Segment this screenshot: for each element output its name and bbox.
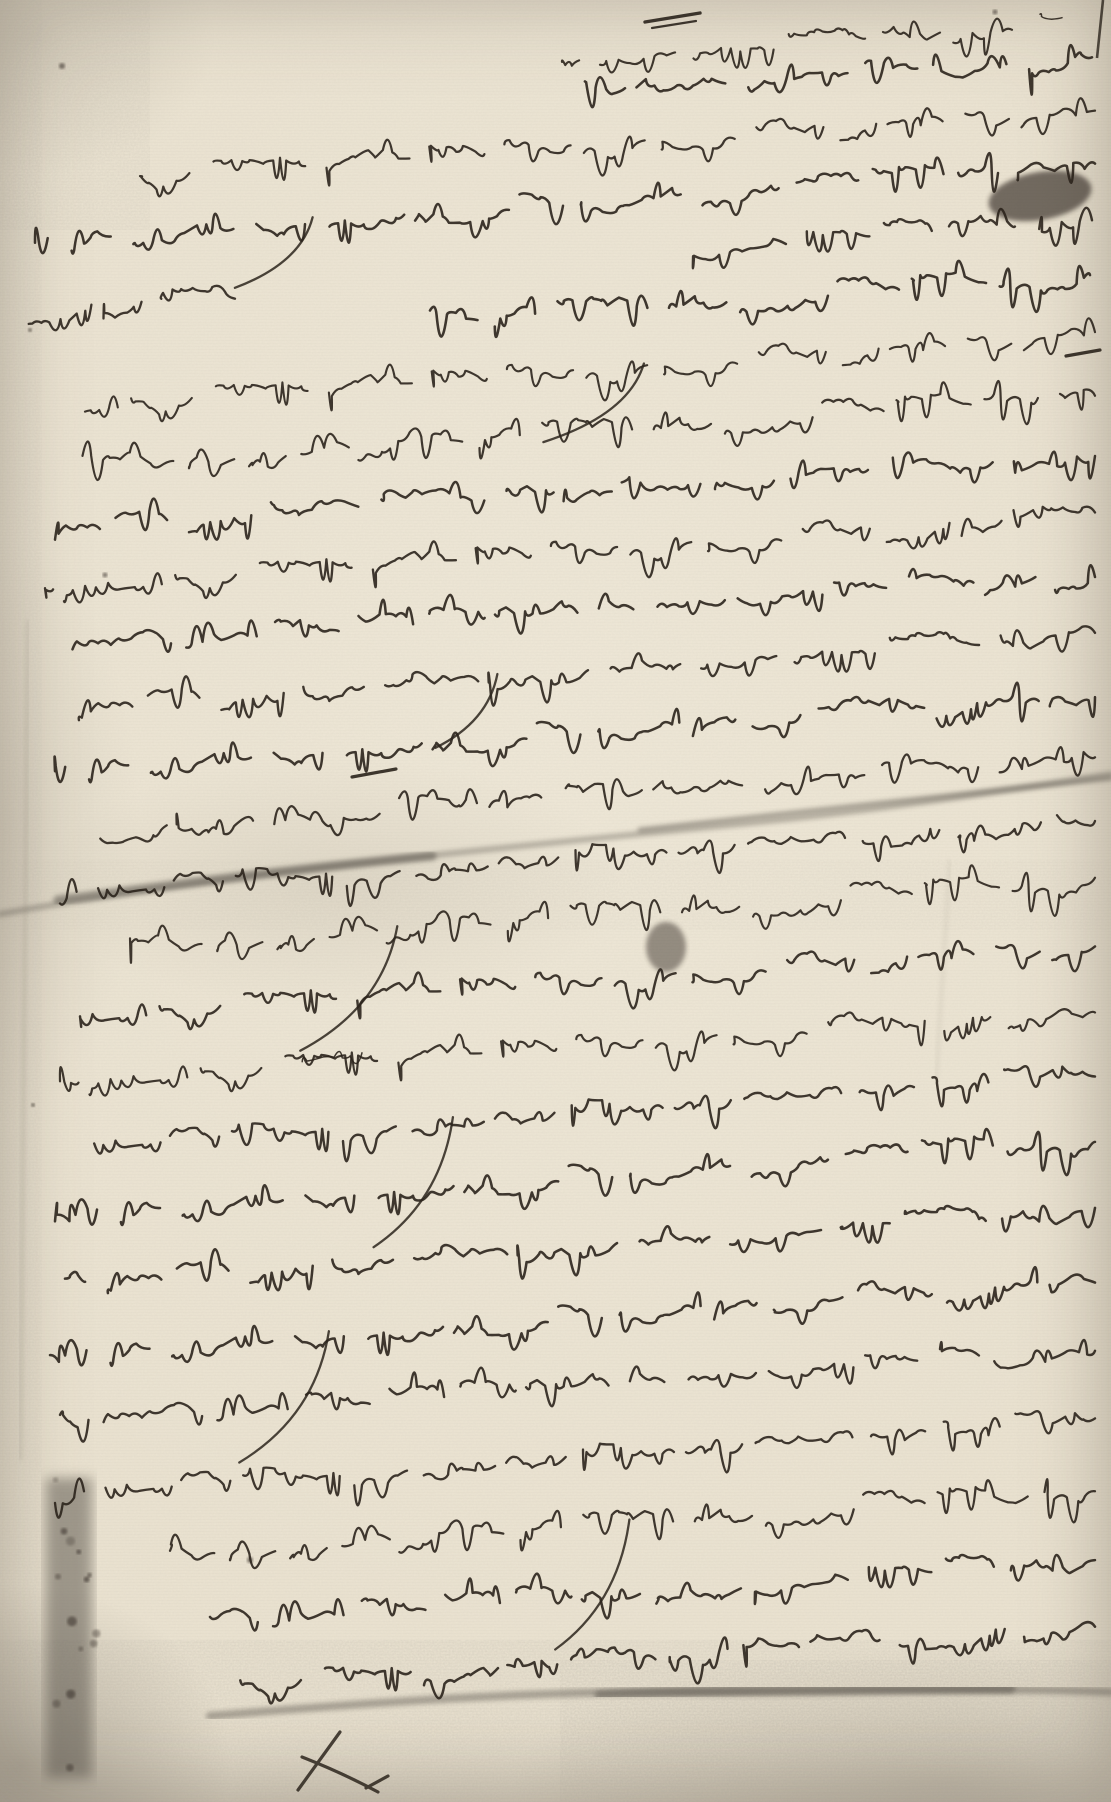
handwriting-layer (0, 0, 1111, 1802)
paper-grain-texture (0, 0, 1111, 1802)
left-edge-dark-band (46, 1478, 92, 1778)
ink-speck (993, 10, 998, 15)
ink-speck (31, 1103, 35, 1107)
letter-scan: Scanned handwritten letter page Hebrew /… (0, 0, 1111, 1802)
ink-speck (28, 328, 32, 332)
ink-blot (646, 922, 686, 972)
ink-speck (103, 573, 108, 578)
ink-speck (59, 63, 65, 69)
